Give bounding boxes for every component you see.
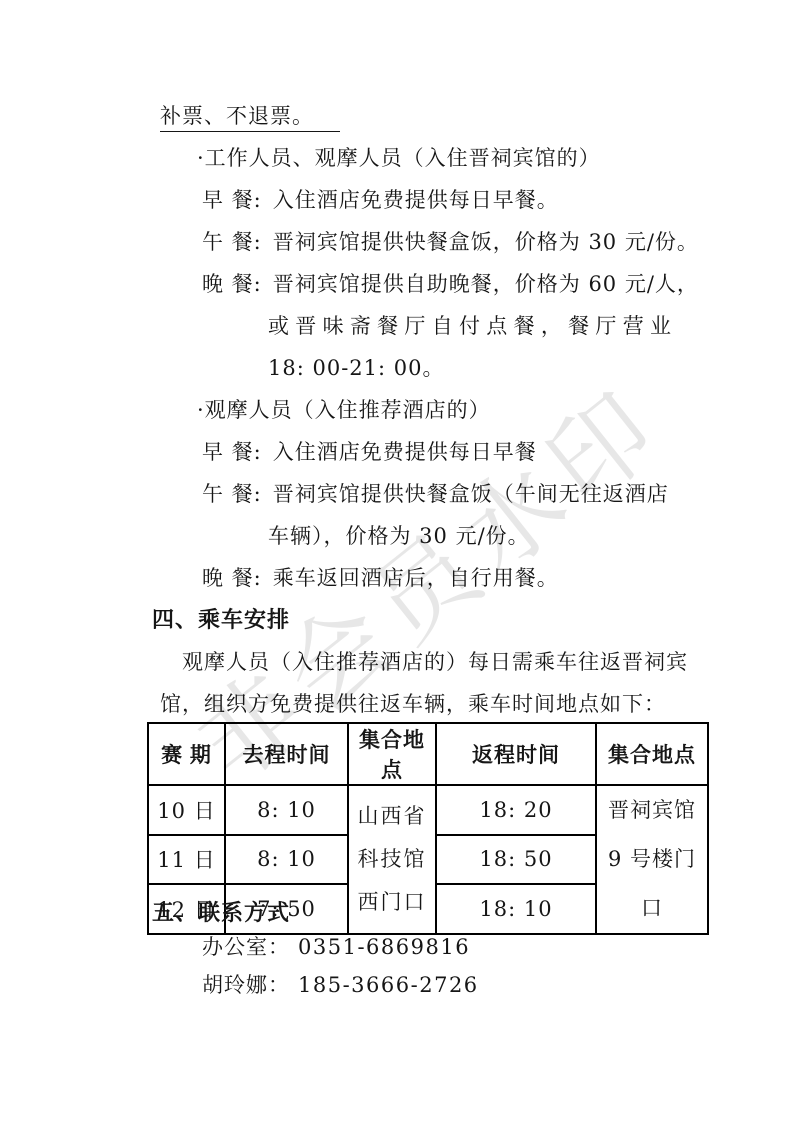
contact-phone: 0351-6869816 (298, 935, 470, 959)
section4-paragraph-line2: 馆，组织方免费提供往返车辆，乘车时间地点如下： (160, 683, 740, 725)
meal-line-dinner-2: 晚 餐:乘车返回酒店后，自行用餐。 (160, 557, 740, 599)
header-meet-point-go: 集合地点 (348, 723, 436, 785)
section5-heading: 五、联系方式 (152, 898, 479, 928)
cell-return-time: 18: 50 (436, 835, 596, 885)
contact-line-office: 办公室：0351-6869816 (152, 928, 479, 966)
meal-line-breakfast-2: 早 餐:入住酒店免费提供每日早餐 (160, 431, 740, 473)
meal-dinner-1-continuation: 或晋味斋餐厅自付点餐，餐厅营业 (160, 305, 740, 347)
section4-paragraph-line1: 观摩人员（入住推荐酒店的）每日需乘车往返晋祠宾 (160, 641, 740, 683)
meal-label: 午 餐: (202, 482, 262, 506)
meal-line-lunch-1: 午 餐:晋祠宾馆提供快餐盒饭，价格为 30 元/份。 (160, 221, 740, 263)
bullet-staff-observers: ·工作人员、观摩人员（入住晋祠宾馆的） (160, 137, 740, 179)
meal-label: 早 餐: (202, 440, 262, 464)
cell-depart-time: 8: 10 (225, 835, 348, 885)
cell-day: 10 日 (148, 785, 225, 835)
meal-text: 晋祠宾馆提供自助晚餐，价格为 60 元/人， (273, 272, 699, 296)
meal-label: 早 餐: (202, 188, 262, 212)
header-depart-time: 去程时间 (225, 723, 348, 785)
meal-text: 入住酒店免费提供每日早餐。 (273, 188, 559, 212)
contact-line-person: 胡玲娜：185-3666-2726 (152, 966, 479, 1004)
cell-return-time: 18: 20 (436, 785, 596, 835)
meal-text: 晋祠宾馆提供快餐盒饭，价格为 30 元/份。 (273, 230, 699, 254)
meal-lunch-2-continuation: 车辆），价格为 30 元/份。 (160, 515, 740, 557)
meal-label: 晚 餐: (202, 272, 262, 296)
contact-label: 办公室： (202, 935, 290, 959)
header-meet-point-back: 集合地点 (596, 723, 708, 785)
document-page: 非会员水印 补票、不退票。 ·工作人员、观摩人员（入住晋祠宾馆的） 早 餐:入住… (0, 0, 793, 1122)
intro-line: 补票、不退票。 (160, 95, 740, 137)
meal-text: 乘车返回酒店后，自行用餐。 (273, 566, 559, 590)
meal-line-dinner-1: 晚 餐:晋祠宾馆提供自助晚餐，价格为 60 元/人， (160, 263, 740, 305)
meet-back-line: 晋祠宾馆 (597, 786, 707, 835)
section4-heading: 四、乘车安排 (152, 599, 740, 641)
justified-text: 或晋味斋餐厅自付点餐，餐厅营业 (268, 305, 672, 347)
contact-label: 胡玲娜： (202, 973, 290, 997)
cell-day: 11 日 (148, 835, 225, 885)
contact-phone: 185-3666-2726 (298, 973, 479, 997)
page-content: 补票、不退票。 ·工作人员、观摩人员（入住晋祠宾馆的） 早 餐:入住酒店免费提供… (160, 95, 740, 725)
cell-depart-time: 8: 10 (225, 785, 348, 835)
meet-go-line: 山西省 (349, 795, 435, 838)
meal-text: 入住酒店免费提供每日早餐 (273, 440, 537, 464)
bullet-observers-hotel: ·观摩人员（入住推荐酒店的） (160, 389, 740, 431)
meal-text: 晋祠宾馆提供快餐盒饭（午间无往返酒店 (273, 482, 669, 506)
meal-dinner-1-hours: 18: 00-21: 00。 (160, 347, 740, 389)
cell-meet-point-back: 晋祠宾馆 9 号楼门口 (596, 785, 708, 934)
meal-label: 午 餐: (202, 230, 262, 254)
table-row: 10 日 8: 10 山西省 科技馆 西门口 18: 20 晋祠宾馆 9 号楼门… (148, 785, 708, 835)
header-return-time: 返程时间 (436, 723, 596, 785)
meal-line-lunch-2: 午 餐:晋祠宾馆提供快餐盒饭（午间无往返酒店 (160, 473, 740, 515)
meet-back-line: 9 号楼门口 (597, 835, 707, 933)
header-race-day: 赛 期 (148, 723, 225, 785)
meet-go-line: 科技馆 (349, 838, 435, 881)
meal-label: 晚 餐: (202, 566, 262, 590)
intro-underlined-text: 补票、不退票。 (160, 104, 340, 132)
table-header-row: 赛 期 去程时间 集合地点 返程时间 集合地点 (148, 723, 708, 785)
contact-section: 五、联系方式 办公室：0351-6869816 胡玲娜：185-3666-272… (152, 898, 479, 1004)
meal-line-breakfast-1: 早 餐:入住酒店免费提供每日早餐。 (160, 179, 740, 221)
